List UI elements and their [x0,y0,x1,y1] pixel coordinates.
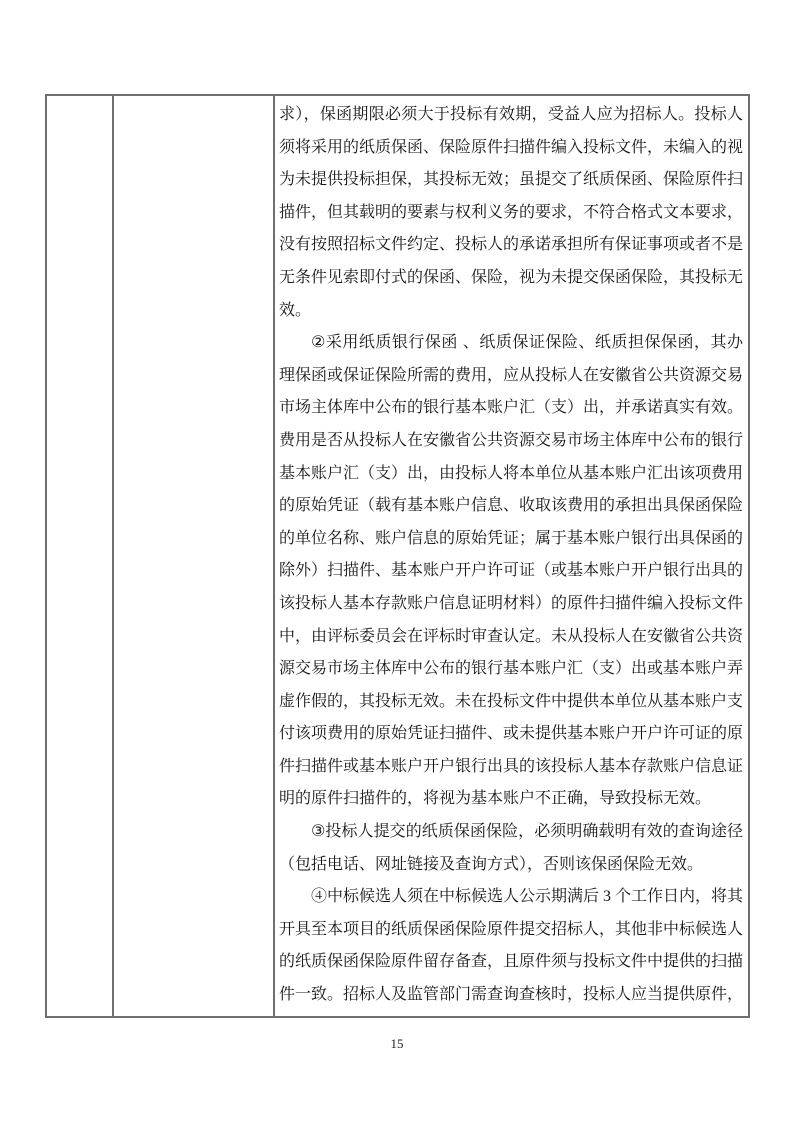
table-col-content: 求），保函期限必须大于投标有效期，受益人应为招标人。投标人须将采用的纸质保函、保… [275,96,748,1016]
paragraph-item-4-original-submission: ④中标候选人须在中标候选人公示期满后 3 个工作日内，将其开具至本项目的纸质保函… [279,881,743,1011]
paragraph-item-3-query-channel: ③投标人提交的纸质保函保险，必须明确载明有效的查询途径（包括电话、网址链接及查询… [279,816,743,881]
page-number: 15 [0,1036,794,1052]
document-page: 求），保函期限必须大于投标有效期，受益人应为招标人。投标人须将采用的纸质保函、保… [0,0,794,1122]
paragraph-item-3-part2: （包括电话、网址链接及查询方式），否则该保函保险无效。 [279,856,703,873]
paragraph-guarantee-terms-continuation: 求），保函期限必须大于投标有效期，受益人应为招标人。投标人须将采用的纸质保函、保… [279,99,743,327]
paragraph-item-2-fee-account: ②采用纸质银行保函 、纸质保证保险、纸质担保保函，其办理保函或保证保险所需的费用… [279,327,743,816]
table-col-number [47,96,114,1016]
table-col-label [114,96,275,1016]
bid-requirements-table: 求），保函期限必须大于投标有效期，受益人应为招标人。投标人须将采用的纸质保函、保… [45,94,750,1018]
paragraph-item-3-part1: ③投标人提交的纸质保函保险，必须明确载明有效的查询途径 [311,823,743,840]
